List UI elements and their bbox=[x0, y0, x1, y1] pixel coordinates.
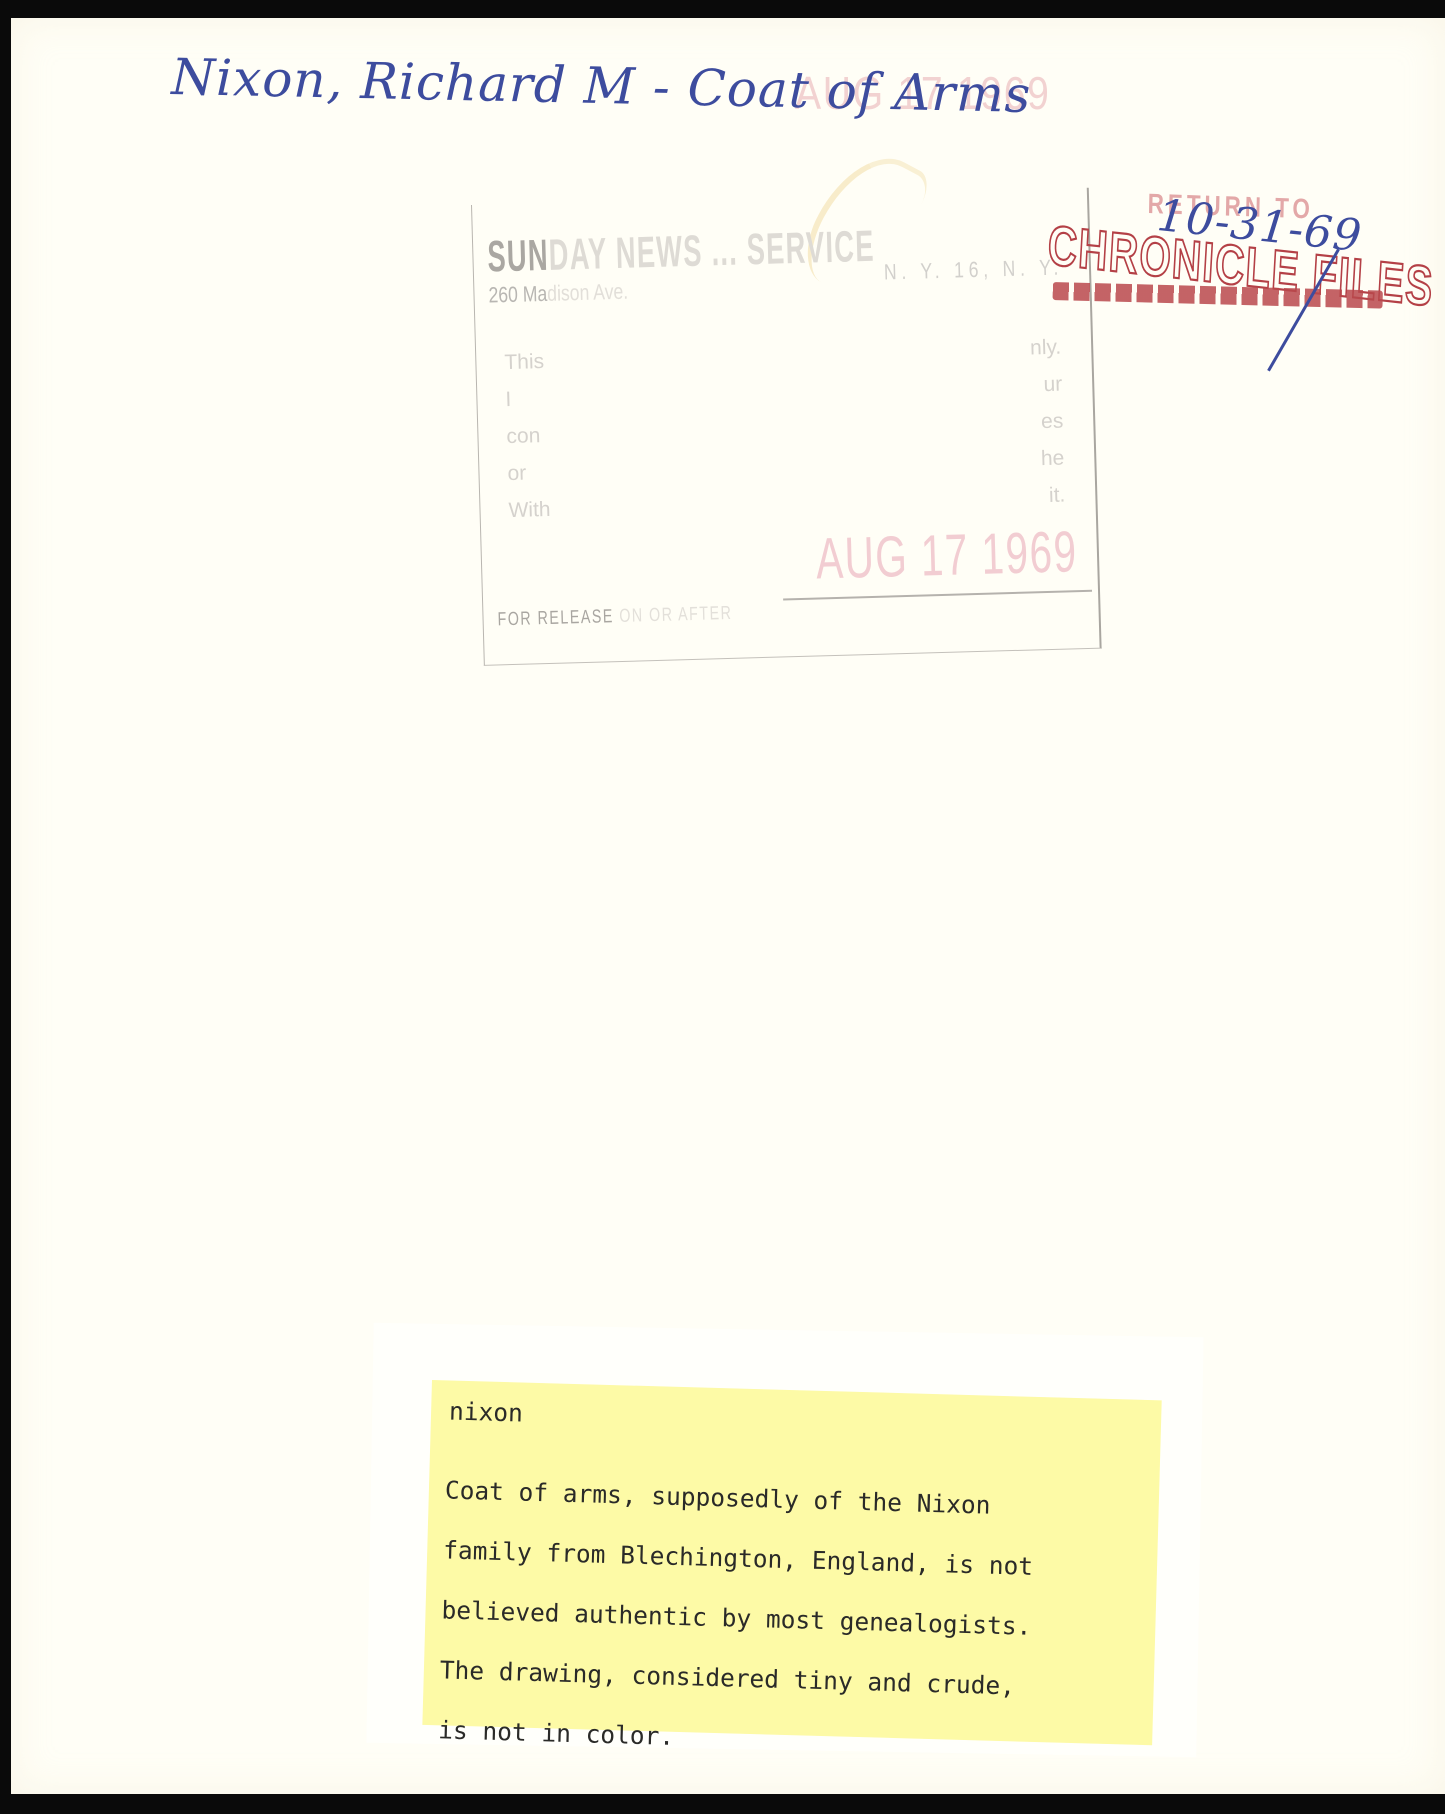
stamp-release-line: FOR RELEASE ON OR AFTER bbox=[497, 603, 732, 632]
stamp-address: 260 Madison Ave. bbox=[488, 279, 628, 309]
caption-body: Coat of arms, supposedly of the Nixon fa… bbox=[437, 1460, 1035, 1776]
stamp-title: SUNDAY NEWS ... SERVICE bbox=[487, 222, 876, 283]
sunday-news-stamp: SUNDAY NEWS ... SERVICE 260 Madison Ave.… bbox=[471, 188, 1102, 666]
stamp-date: AUG 17 1969 bbox=[815, 518, 1078, 592]
caption-note: nixon Coat of arms, supposedly of the Ni… bbox=[422, 1380, 1161, 1745]
caption-heading: nixon bbox=[449, 1396, 524, 1427]
stamp-body-text: Thisnly. Iur cones orhe Withit. bbox=[504, 329, 1066, 529]
stamp-city: N. Y. 16, N. Y. bbox=[883, 255, 1063, 286]
